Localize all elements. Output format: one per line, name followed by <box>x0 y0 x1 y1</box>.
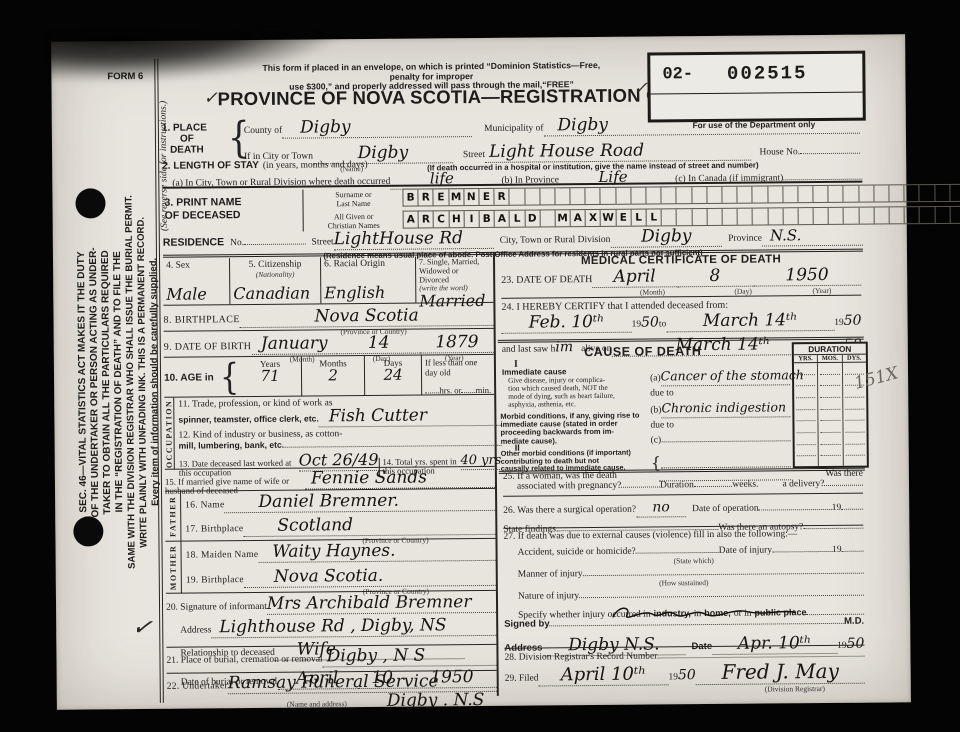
checkmark: ✓ <box>130 612 154 642</box>
injury-19: 19 <box>832 545 842 555</box>
birthplace-label: 8. BIRTHPLACE <box>163 314 239 326</box>
mother-name-value: Waity Haynes. <box>272 541 395 562</box>
undertaker-value-2: Digby . N.S <box>387 692 485 710</box>
mother-birthplace-label: 19. Birthplace <box>186 575 244 586</box>
place-label-1: 1. PLACE <box>162 122 207 133</box>
attended-to-yy: 50 <box>844 314 862 328</box>
morbid-4: mediate cause). <box>501 436 640 445</box>
registration-number: 002515 <box>727 62 808 85</box>
checkmark: ✓ <box>633 79 647 99</box>
md-label: M.D. <box>844 616 864 627</box>
print-name-label-1: 3. PRINT NAME <box>164 196 241 210</box>
section-4-7: 4. Sex Male 5. Citizenship (Nationality)… <box>163 256 493 305</box>
cause-a-label: (a) <box>650 373 661 383</box>
margin-warning-line: SEC. 46—VITAL STATISTICS ACT MAKES IT TH… <box>76 252 89 513</box>
section-place-of-death: 1. PLACE OF DEATH { County of Digby Muni… <box>162 115 862 121</box>
attended-from-yy: 50 <box>641 315 659 329</box>
form-number: FORM 6 <box>107 71 143 82</box>
dob-label: 9. DATE OF BIRTH <box>164 341 252 353</box>
operation-19: 19 <box>832 503 842 513</box>
citizenship-sub: (Nationality) <box>256 270 295 279</box>
cause-b-value: Chronic indigestion <box>661 399 786 415</box>
informant-value: Mrs Archibald Bremner <box>267 592 472 614</box>
place-label-3: DEATH <box>170 144 207 155</box>
section-23: 23. DATE OF DEATH April 8 1950 (Month) (… <box>501 267 861 298</box>
father-name-value: Daniel Bremner. <box>258 491 399 512</box>
section-mother: MOTHER 18. Maiden Name Waity Haynes. 19.… <box>165 538 495 594</box>
physician-signature-scrawl <box>609 601 799 625</box>
punch-hole-bottom <box>73 516 103 546</box>
year-19-a: 19 <box>632 320 642 330</box>
length-of-stay-sub: (in years, months and days) <box>263 160 368 171</box>
residence-street-label: Street <box>311 237 333 247</box>
racial-origin-label: 6. Racial Origin <box>324 259 412 270</box>
burial-place-label: 21. Place of burial, cremation or remova… <box>166 654 322 665</box>
to-word: to <box>659 319 666 329</box>
margin-warning-block: SEC. 46—VITAL STATISTICS ACT MAKES IT TH… <box>90 99 159 666</box>
age-days-value: 24 <box>365 368 421 383</box>
surname-label2: Last Name <box>306 199 400 208</box>
cause-of-death-box: CAUSE OF DEATH DURATION YRS. MOS. DYS. I… <box>498 337 865 474</box>
pregnancy-duration-label: Duration <box>660 480 694 490</box>
section-29: 29. Filed April 10ᵗʰ 19 50 Fred J. May (… <box>505 661 865 696</box>
section-father: FATHER 16. Name Daniel Bremner. 17. Birt… <box>165 488 495 542</box>
duration-mos-column <box>818 363 843 466</box>
duration-table: DURATION YRS. MOS. DYS. <box>792 342 869 469</box>
pregnancy-weeks-label: weeks. <box>732 480 758 490</box>
residence-city-label: City, Town or Rural Division <box>500 235 611 246</box>
age-months-value: 2 <box>302 368 364 384</box>
duration-col-dys: DYS. <box>843 355 866 362</box>
print-name-label-2: OF DECEASED <box>165 209 242 223</box>
age-years-value: 71 <box>239 369 301 385</box>
birthplace-value: Nova Scotia <box>315 306 419 327</box>
racial-origin-value: English <box>324 285 412 302</box>
informant-address-label: Address <box>180 625 211 635</box>
cause-of-death-title: CAUSE OF DEATH <box>498 343 788 360</box>
margin-warning-line: IN THE “REGISTRATION OF DEATH” AND TO FI… <box>112 251 125 512</box>
margin-warning-line: TAKER TO OBTAIN ALL THE PARTICULARS REQU… <box>100 250 113 514</box>
mother-side-label: MOTHER <box>168 545 177 591</box>
sex-value: Male <box>166 286 226 303</box>
residence-province-label: Province <box>728 234 762 244</box>
duration-title: DURATION <box>794 344 866 356</box>
citizenship-value: Canadian <box>233 285 317 302</box>
form-paper: SEC. 46—VITAL STATISTICS ACT MAKES IT TH… <box>51 34 911 709</box>
given-names-comb-field: ARCHIBALDMAXWELL <box>403 205 960 228</box>
father-birthplace-label: 17. Birthplace <box>185 524 243 535</box>
residence-no-label: No. <box>230 238 244 248</box>
father-birthplace-value: Scotland <box>277 515 353 536</box>
age-brace: { <box>220 356 239 398</box>
date-of-death-label: 23. DATE OF DEATH <box>501 274 592 286</box>
death-certificate-scan: { "marks": {"check": "✓", "pencil_code":… <box>0 0 960 732</box>
operation-date-label: Date of operation <box>692 504 759 515</box>
certify-label: 24. I HEREBY CERTIFY that I attended dec… <box>501 299 861 313</box>
dob-year: 1879 <box>435 332 478 352</box>
checkmark: ✓ <box>204 88 218 108</box>
divider <box>302 190 303 232</box>
place-label-2: OF <box>180 133 207 144</box>
county-value: Digby <box>300 117 351 137</box>
marital-label-2: Widowed or Divorced <box>419 266 459 284</box>
occ-11-label2: spinner, teamster, office clerk, etc. <box>178 413 319 424</box>
punch-hole-top <box>75 188 105 218</box>
delivery-label-1: Was there <box>825 469 863 479</box>
cause-c-label: (c) <box>651 435 662 445</box>
registration-prefix: 02- <box>662 65 693 84</box>
imm-desc-4: asphyxia, asthenia, etc. <box>508 400 615 409</box>
sex-label: 4. Sex <box>166 260 226 271</box>
year-19-b: 19 <box>834 318 844 328</box>
margin-warning-line: OF THE UNDERTAKER OR PERSON ACTING AS UN… <box>88 247 101 517</box>
division-registrar-sub: (Division Registrar) <box>765 684 865 694</box>
informant-label: 20. Signature of informant <box>166 602 267 613</box>
external-causes-label: 27. If death was due to external causes … <box>503 529 863 542</box>
citizenship-label: 5. Citizenship <box>249 260 302 270</box>
undertaker-sub: (Name and address) <box>287 699 347 709</box>
state-which-sub: (State which) <box>674 555 864 566</box>
section-10: 10. AGE in { Years 71 Months 2 Days 24 I… <box>164 354 494 398</box>
signed-by-label: Signed by <box>504 618 550 629</box>
cause-b-label: (b) <box>650 405 661 415</box>
division-registrar-signature: Fred J. May <box>721 659 839 684</box>
burial-place-value: Digby , N S <box>327 645 426 666</box>
mother-name-label: 18. Maiden Name <box>186 550 259 561</box>
dob-month: January <box>261 333 328 354</box>
age-label: 10. AGE in <box>164 372 214 383</box>
date-of-death-day: 8 <box>709 266 720 286</box>
nature-of-injury-label: Nature of injury <box>518 591 579 602</box>
record-number-label: 28. Division Registrar's Record Number <box>504 651 657 662</box>
due-to-2: due to <box>650 419 790 430</box>
dob-day: 14 <box>368 333 390 353</box>
operation-label: 26. Was there a surgical operation? <box>503 505 636 516</box>
duration-col-mos: MOS. <box>818 355 842 362</box>
section-occupation: OCCUPATION 11. Trade, profession, or kin… <box>164 394 495 470</box>
date-of-death-month: April <box>613 266 655 286</box>
duration-col-yrs: YRS. <box>794 355 818 362</box>
delivery-label-2: a delivery? <box>782 479 824 489</box>
occ-12-label2: mill, lumbering, bank, etc. <box>179 440 285 451</box>
municipality-value: Digby <box>557 115 608 135</box>
pregnancy-label-2: associated with pregnancy? <box>517 481 622 492</box>
date-of-injury-label: Date of injury <box>719 545 772 555</box>
residence-city-value: Digby <box>641 226 692 246</box>
informant-address-value: Lighthouse Rd , Digby, NS <box>219 615 446 637</box>
mother-birthplace-value: Nova Scotia. <box>274 566 384 587</box>
residence-province-value: N.S. <box>770 226 802 244</box>
filed-label: 29. Filed <box>505 674 539 684</box>
accident-label: Accident, suicide or homicide? <box>518 547 636 558</box>
registration-number-box: 02- 002515 <box>647 51 866 123</box>
section-25: 25. If a woman, was the death Was there … <box>503 469 863 492</box>
residence-street-value: LightHouse Rd <box>334 228 463 249</box>
father-side-label: FATHER <box>168 496 177 537</box>
county-label: County of <box>244 126 282 136</box>
attended-to: March 14ᵗʰ <box>703 310 798 331</box>
cause-a-value: Cancer of the stomach <box>661 367 804 383</box>
due-to-1: due to <box>650 387 790 398</box>
section-22: 22. Undertaker Ramsay Funeral Service (N… <box>167 670 497 712</box>
operation-value: no <box>652 499 670 515</box>
age-less-label: If less than one day old <box>425 357 491 378</box>
attended-from: Feb. 10ᵗʰ <box>529 312 605 333</box>
manner-of-injury-label: Manner of injury <box>518 569 583 580</box>
date-of-death-year: 1950 <box>785 265 828 285</box>
residence-label: RESIDENCE <box>163 236 224 249</box>
undertaker-label: 22. Undertaker <box>167 681 228 692</box>
surname-comb-field: BREMNER <box>402 183 960 206</box>
spouse-value: Fennie Sands <box>311 467 427 488</box>
length-of-stay-label: 2. LENGTH OF STAY <box>162 160 259 172</box>
occupation-value: Fish Cutter <box>329 405 427 426</box>
municipality-label: Municipality of <box>484 123 543 134</box>
filed-yy: 50 <box>678 668 696 682</box>
occupation-side-label: OCCUPATION <box>164 399 174 468</box>
occ-11-label: 11. Trade, profession, or kind of work a… <box>178 398 332 409</box>
filed-date: April 10ᵗʰ <box>561 664 647 686</box>
father-name-label: 16. Name <box>185 500 224 510</box>
filed-19: 19 <box>668 672 678 682</box>
